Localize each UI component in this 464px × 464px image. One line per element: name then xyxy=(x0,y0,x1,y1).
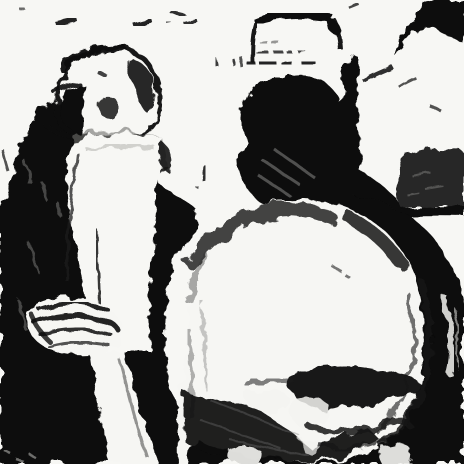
painting-canvas xyxy=(0,0,464,464)
mid-dash xyxy=(203,164,205,182)
ink-speck-h xyxy=(20,8,25,10)
ink-speck-g xyxy=(233,59,235,66)
ink-speck-e xyxy=(167,22,172,23)
bottom-white-blob xyxy=(378,445,412,464)
monochrome-two-figures-painting xyxy=(0,0,464,464)
cap-stitch-row-2 xyxy=(255,51,307,53)
paint-layer xyxy=(0,0,464,464)
ink-speck-f xyxy=(216,59,218,67)
